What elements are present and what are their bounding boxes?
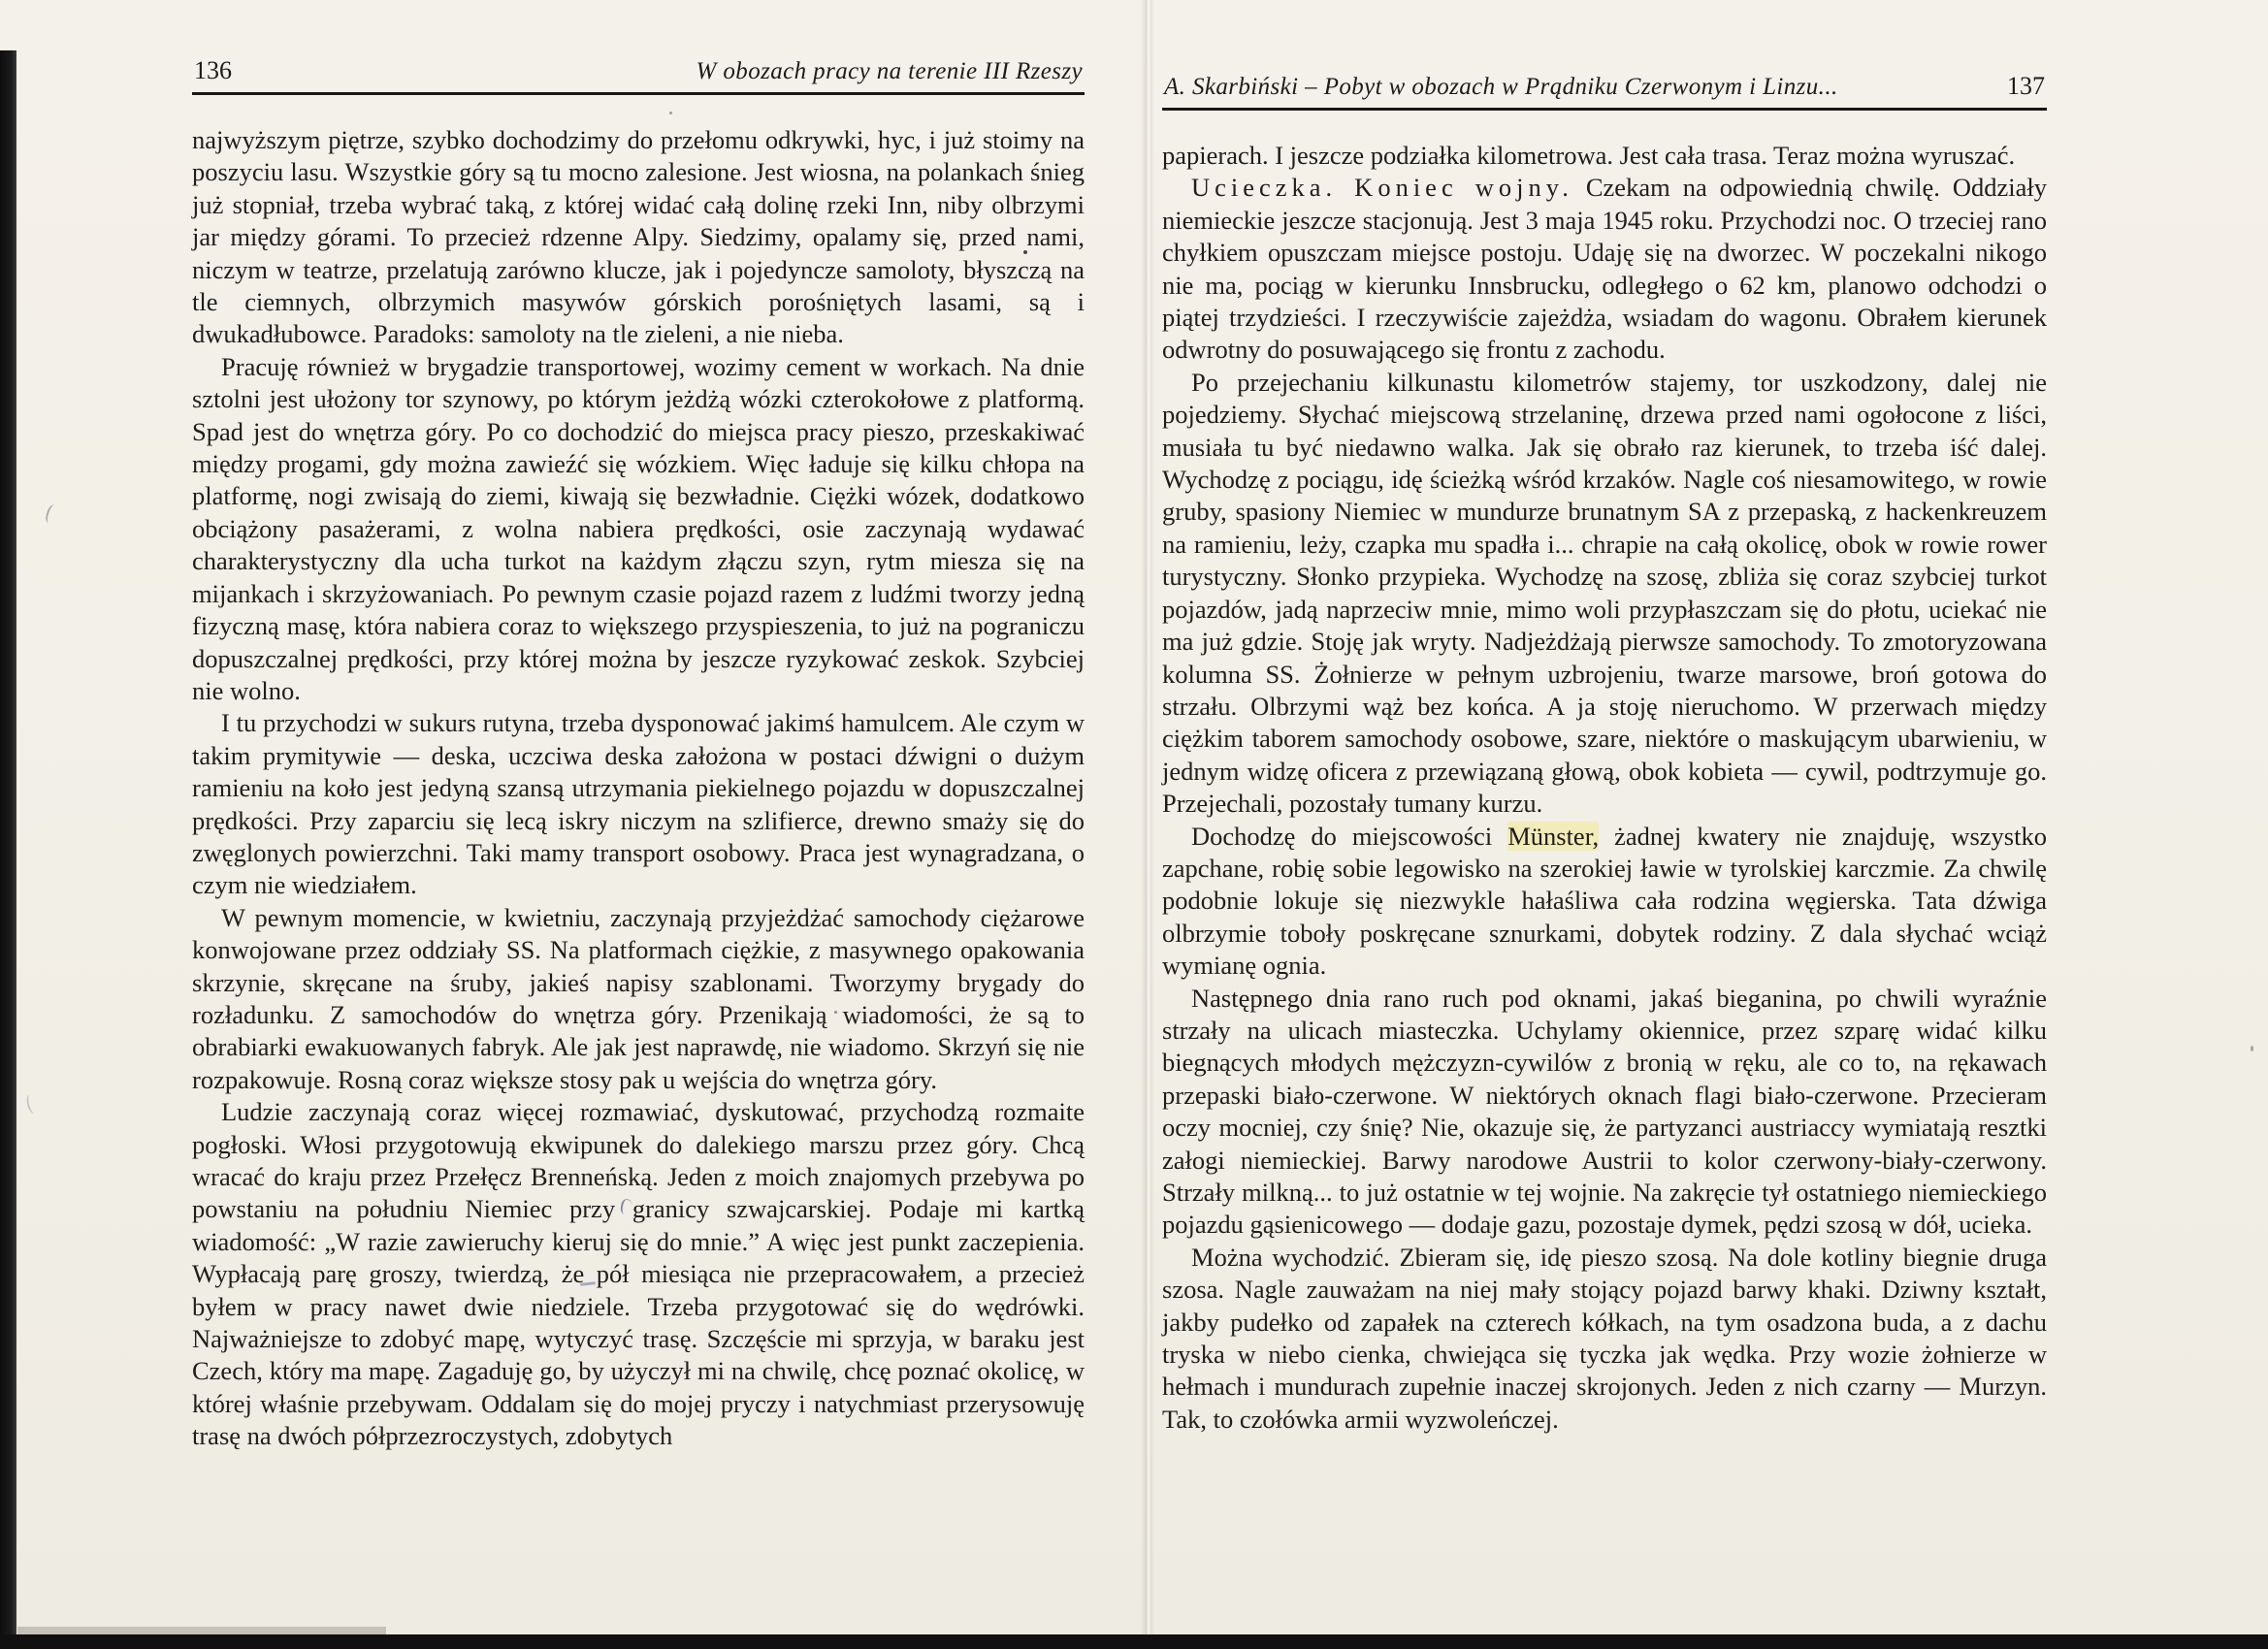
- scan-speck: [669, 112, 672, 114]
- paragraph: Następnego dnia rano ruch pod oknami, ja…: [1162, 983, 2047, 1242]
- text-segment: Ludzie zaczynają coraz więcej rozmawiać,…: [192, 1097, 1085, 1450]
- left-page-header: 136 W obozach pracy na terenie III Rzesz…: [192, 56, 1085, 92]
- scan-smear: [17, 1627, 386, 1634]
- paragraph: I tu przychodzi w sukurs rutyna, trzeba …: [192, 707, 1085, 901]
- highlighted-text: Münster,: [1507, 822, 1599, 851]
- left-page-body: najwyższym piętrze, szybko dochodzimy do…: [192, 124, 1085, 1453]
- right-page-body: papierach. I jeszcze podziałka kilometro…: [1162, 140, 2047, 1436]
- right-page-header: A. Skarbiński – Pobyt w obozach w Prądni…: [1162, 72, 2047, 108]
- gutter-crease: [1141, 0, 1154, 1649]
- margin-mark: [25, 1093, 40, 1115]
- left-page: 136 W obozach pracy na terenie III Rzesz…: [192, 56, 1085, 1453]
- text-segment: Pracuję również w brygadzie transportowe…: [192, 352, 1085, 705]
- paragraph: Po przejechaniu kilkunastu kilometrów st…: [1162, 367, 2047, 821]
- right-page: A. Skarbiński – Pobyt w obozach w Prądni…: [1162, 72, 2047, 1436]
- scan-speck: [1023, 250, 1027, 254]
- text-segment: W pewnym momencie, w kwietniu, zaczynają…: [192, 903, 1085, 1094]
- text-segment: Dochodzę do miejscowości: [1191, 822, 1507, 851]
- left-running-header: W obozach pracy na terenie III Rzeszy: [697, 58, 1083, 85]
- scan-speck: [834, 1011, 837, 1014]
- text-segment: Po przejechaniu kilkunastu kilometrów st…: [1162, 368, 2047, 818]
- paragraph: Ucieczka. Koniec wojny. Czekam na odpowi…: [1162, 172, 2047, 366]
- text-segment: I tu przychodzi w sukurs rutyna, trzeba …: [192, 708, 1085, 899]
- book-scan: 136 W obozach pracy na terenie III Rzesz…: [0, 0, 2268, 1649]
- left-header-rule: [192, 92, 1085, 95]
- paragraph: papierach. I jeszcze podziałka kilometro…: [1162, 140, 2047, 172]
- right-running-header: A. Skarbiński – Pobyt w obozach w Prądni…: [1164, 74, 1838, 101]
- emphasized-text: Ucieczka. Koniec wojny.: [1191, 173, 1573, 202]
- scan-edge-left: [0, 50, 16, 1649]
- text-segment: Można wychodzić. Zbieram się, idę pieszo…: [1162, 1243, 2047, 1434]
- scan-speck: [2251, 1046, 2253, 1051]
- paragraph: najwyższym piętrze, szybko dochodzimy do…: [192, 124, 1085, 351]
- paragraph: Dochodzę do miejscowości Münster, żadnej…: [1162, 821, 2047, 983]
- text-segment: najwyższym piętrze, szybko dochodzimy do…: [192, 125, 1085, 348]
- margin-mark: [44, 503, 59, 525]
- right-header-rule: [1162, 108, 2047, 111]
- paragraph: Pracuję również w brygadzie transportowe…: [192, 351, 1085, 707]
- text-segment: papierach. I jeszcze podziałka kilometro…: [1162, 141, 2015, 170]
- paragraph: Można wychodzić. Zbieram się, idę pieszo…: [1162, 1242, 2047, 1436]
- text-segment: Następnego dnia rano ruch pod oknami, ja…: [1162, 984, 2047, 1240]
- paragraph: W pewnym momencie, w kwietniu, zaczynają…: [192, 902, 1085, 1096]
- right-page-number: 137: [2007, 72, 2045, 101]
- left-page-number: 136: [194, 56, 232, 85]
- paragraph: Ludzie zaczynają coraz więcej rozmawiać,…: [192, 1096, 1085, 1452]
- scan-edge-bottom: [0, 1634, 2268, 1649]
